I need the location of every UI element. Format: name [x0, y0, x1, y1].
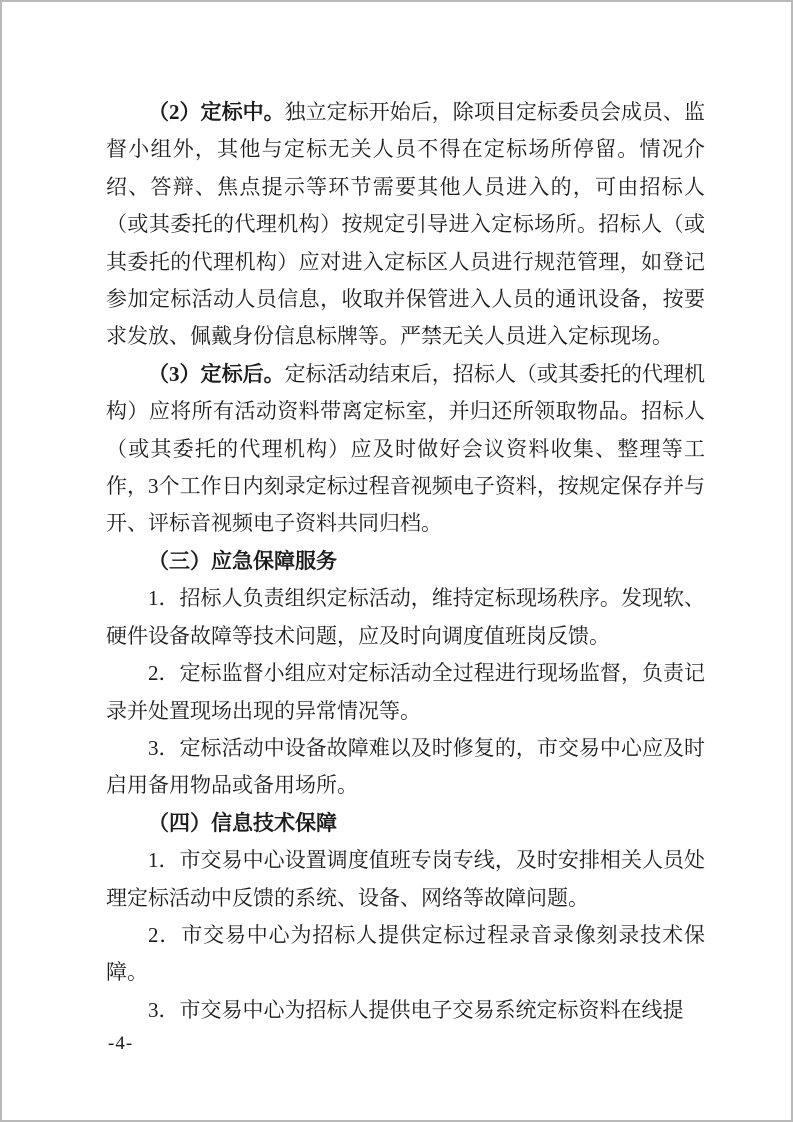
paragraph: 1．招标人负责组织定标活动，维持定标现场秩序。发现软、硬件设备故障等技术问题，应… — [106, 580, 705, 655]
paragraph: 2．定标监督小组应对定标活动全过程进行现场监督，负责记录并处置现场出现的异常情况… — [106, 655, 705, 730]
paragraph: 1．市交易中心设置调度值班专岗专线，及时安排相关人员处理定标活动中反馈的系统、设… — [106, 842, 705, 917]
section-heading: （三）应急保障服务 — [106, 543, 705, 580]
paragraph: （3）定标后。定标活动结束后，招标人（或其委托的代理机构）应将所有活动资料带离定… — [106, 356, 705, 543]
paragraph: 3．定标活动中设备故障难以及时修复的，市交易中心应及时启用备用物品或备用场所。 — [106, 730, 705, 805]
paragraph: 2．市交易中心为招标人提供定标过程录音录像刻录技术保障。 — [106, 917, 705, 992]
paragraph: （2）定标中。独立定标开始后，除项目定标委员会成员、监督小组外，其他与定标无关人… — [106, 94, 705, 356]
paragraph: 3．市交易中心为招标人提供电子交易系统定标资料在线提 — [106, 992, 705, 1029]
document-body: （2）定标中。独立定标开始后，除项目定标委员会成员、监督小组外，其他与定标无关人… — [106, 94, 705, 1029]
paragraph-lead: （2）定标中。 — [148, 100, 285, 124]
section-heading: （四）信息技术保障 — [106, 805, 705, 842]
document-page: （2）定标中。独立定标开始后，除项目定标委员会成员、监督小组外，其他与定标无关人… — [0, 0, 793, 1122]
page-number: -4- — [108, 1032, 133, 1056]
paragraph-lead: （3）定标后。 — [148, 362, 285, 386]
